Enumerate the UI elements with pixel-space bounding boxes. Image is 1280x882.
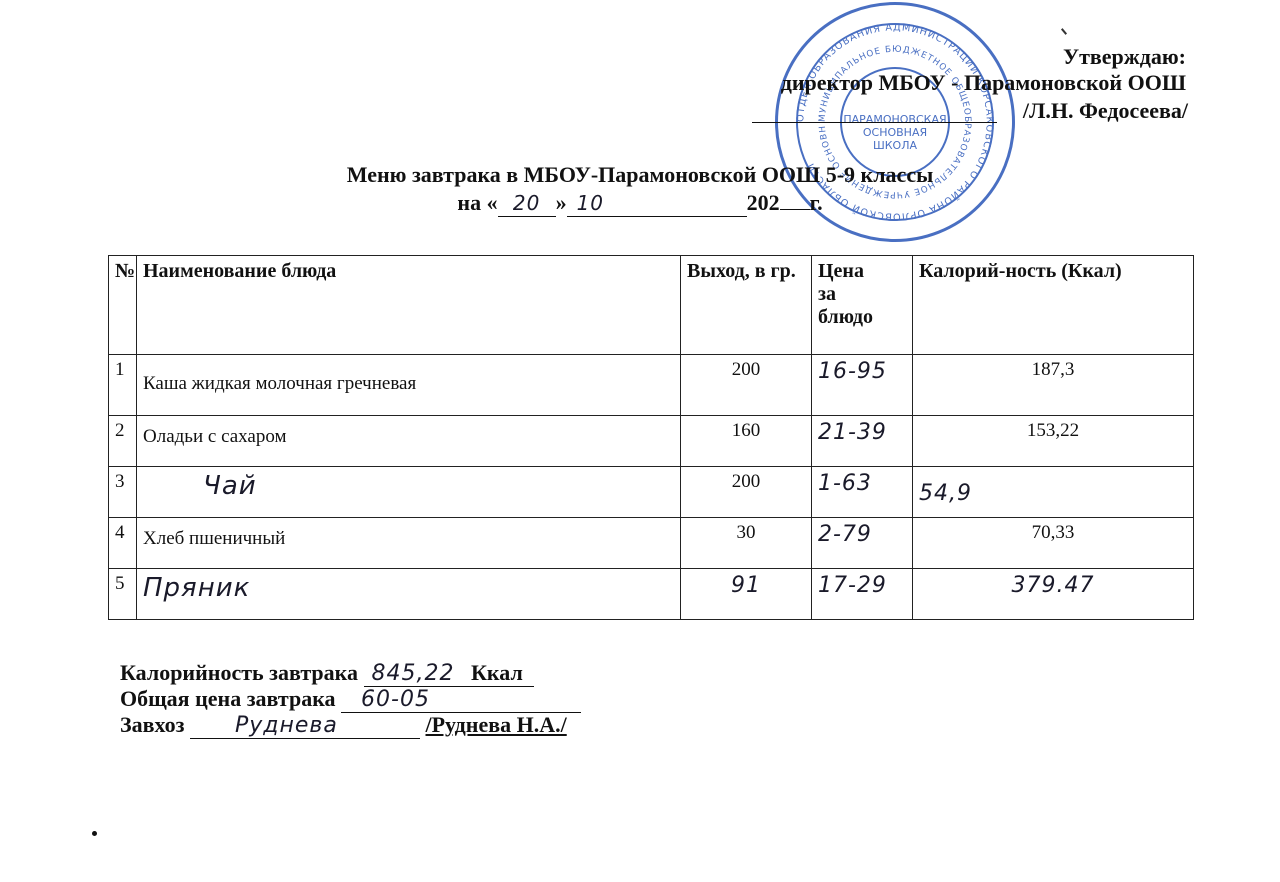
- year-field: [780, 209, 810, 210]
- day-field: 20: [498, 190, 556, 217]
- dish-name: Пряник: [137, 569, 681, 620]
- dish-price: 21-39: [812, 416, 913, 467]
- header-output: Выход, в гр.: [681, 256, 812, 355]
- row-num: 5: [109, 569, 137, 620]
- dish-price: 2-79: [812, 518, 913, 569]
- total-calories: Калорийность завтрака 845,22 Ккал: [120, 660, 534, 687]
- dish-price: 1-63: [812, 467, 913, 518]
- total-price-field: 60-05: [341, 686, 581, 713]
- table-row: 4 Хлеб пшеничный 30 2-79 70,33: [109, 518, 1194, 569]
- approval-role: директор МБОУ - Парамоновской ООШ: [781, 70, 1186, 96]
- row-num: 1: [109, 355, 137, 416]
- table-row: 1 Каша жидкая молочная гречневая 200 16-…: [109, 355, 1194, 416]
- approval-title: Утверждаю:: [1063, 44, 1186, 70]
- dish-name: Оладьи с сахаром: [137, 416, 681, 467]
- row-num: 4: [109, 518, 137, 569]
- director-signature-line: [752, 122, 997, 123]
- dish-output: 200: [681, 355, 812, 416]
- stamp-center-text: ПАРАМОНОВСКАЯ ОСНОВНАЯ ШКОЛА: [778, 113, 1012, 152]
- document-title: Меню завтрака в МБОУ-Парамоновской ООШ 5…: [0, 162, 1280, 188]
- dish-name: Каша жидкая молочная гречневая: [137, 355, 681, 416]
- header-calories: Калорий-ность (Ккал): [913, 256, 1194, 355]
- total-calories-field: 845,22 Ккал: [364, 660, 534, 687]
- dish-calories: 153,22: [913, 416, 1194, 467]
- header-price: Цена за блюдо: [812, 256, 913, 355]
- dish-calories: 54,9: [913, 467, 1194, 518]
- table-header-row: № Наименование блюда Выход, в гр. Цена з…: [109, 256, 1194, 355]
- menu-table: № Наименование блюда Выход, в гр. Цена з…: [108, 255, 1194, 620]
- dish-output: 200: [681, 467, 812, 518]
- header-num: №: [109, 256, 137, 355]
- table-row: 2 Оладьи с сахаром 160 21-39 153,22: [109, 416, 1194, 467]
- dish-calories: 187,3: [913, 355, 1194, 416]
- row-num: 2: [109, 416, 137, 467]
- dish-name: Чай: [137, 467, 681, 518]
- header-name: Наименование блюда: [137, 256, 681, 355]
- dish-output: 30: [681, 518, 812, 569]
- row-num: 3: [109, 467, 137, 518]
- document-date: на «20»10202г.: [0, 190, 1280, 217]
- director-name: /Л.Н. Федосеева/: [1023, 98, 1188, 124]
- storekeeper-name: /Руднева Н.А./: [426, 712, 567, 737]
- dish-calories: 70,33: [913, 518, 1194, 569]
- dish-price: 17-29: [812, 569, 913, 620]
- table-row: 3 Чай 200 1-63 54,9: [109, 467, 1194, 518]
- dish-output: 91: [681, 569, 812, 620]
- table-row: 5 Пряник 91 17-29 379.47: [109, 569, 1194, 620]
- dish-calories: 379.47: [913, 569, 1194, 620]
- storekeeper-signature: Руднева: [190, 712, 420, 739]
- month-field: 10: [567, 190, 747, 217]
- dish-price: 16-95: [812, 355, 913, 416]
- stray-mark: [1061, 28, 1067, 35]
- stray-dot: [92, 831, 97, 836]
- total-price: Общая цена завтрака 60-05: [120, 686, 581, 713]
- storekeeper: Завхоз Руднева /Руднева Н.А./: [120, 712, 567, 739]
- dish-output: 160: [681, 416, 812, 467]
- dish-name: Хлеб пшеничный: [137, 518, 681, 569]
